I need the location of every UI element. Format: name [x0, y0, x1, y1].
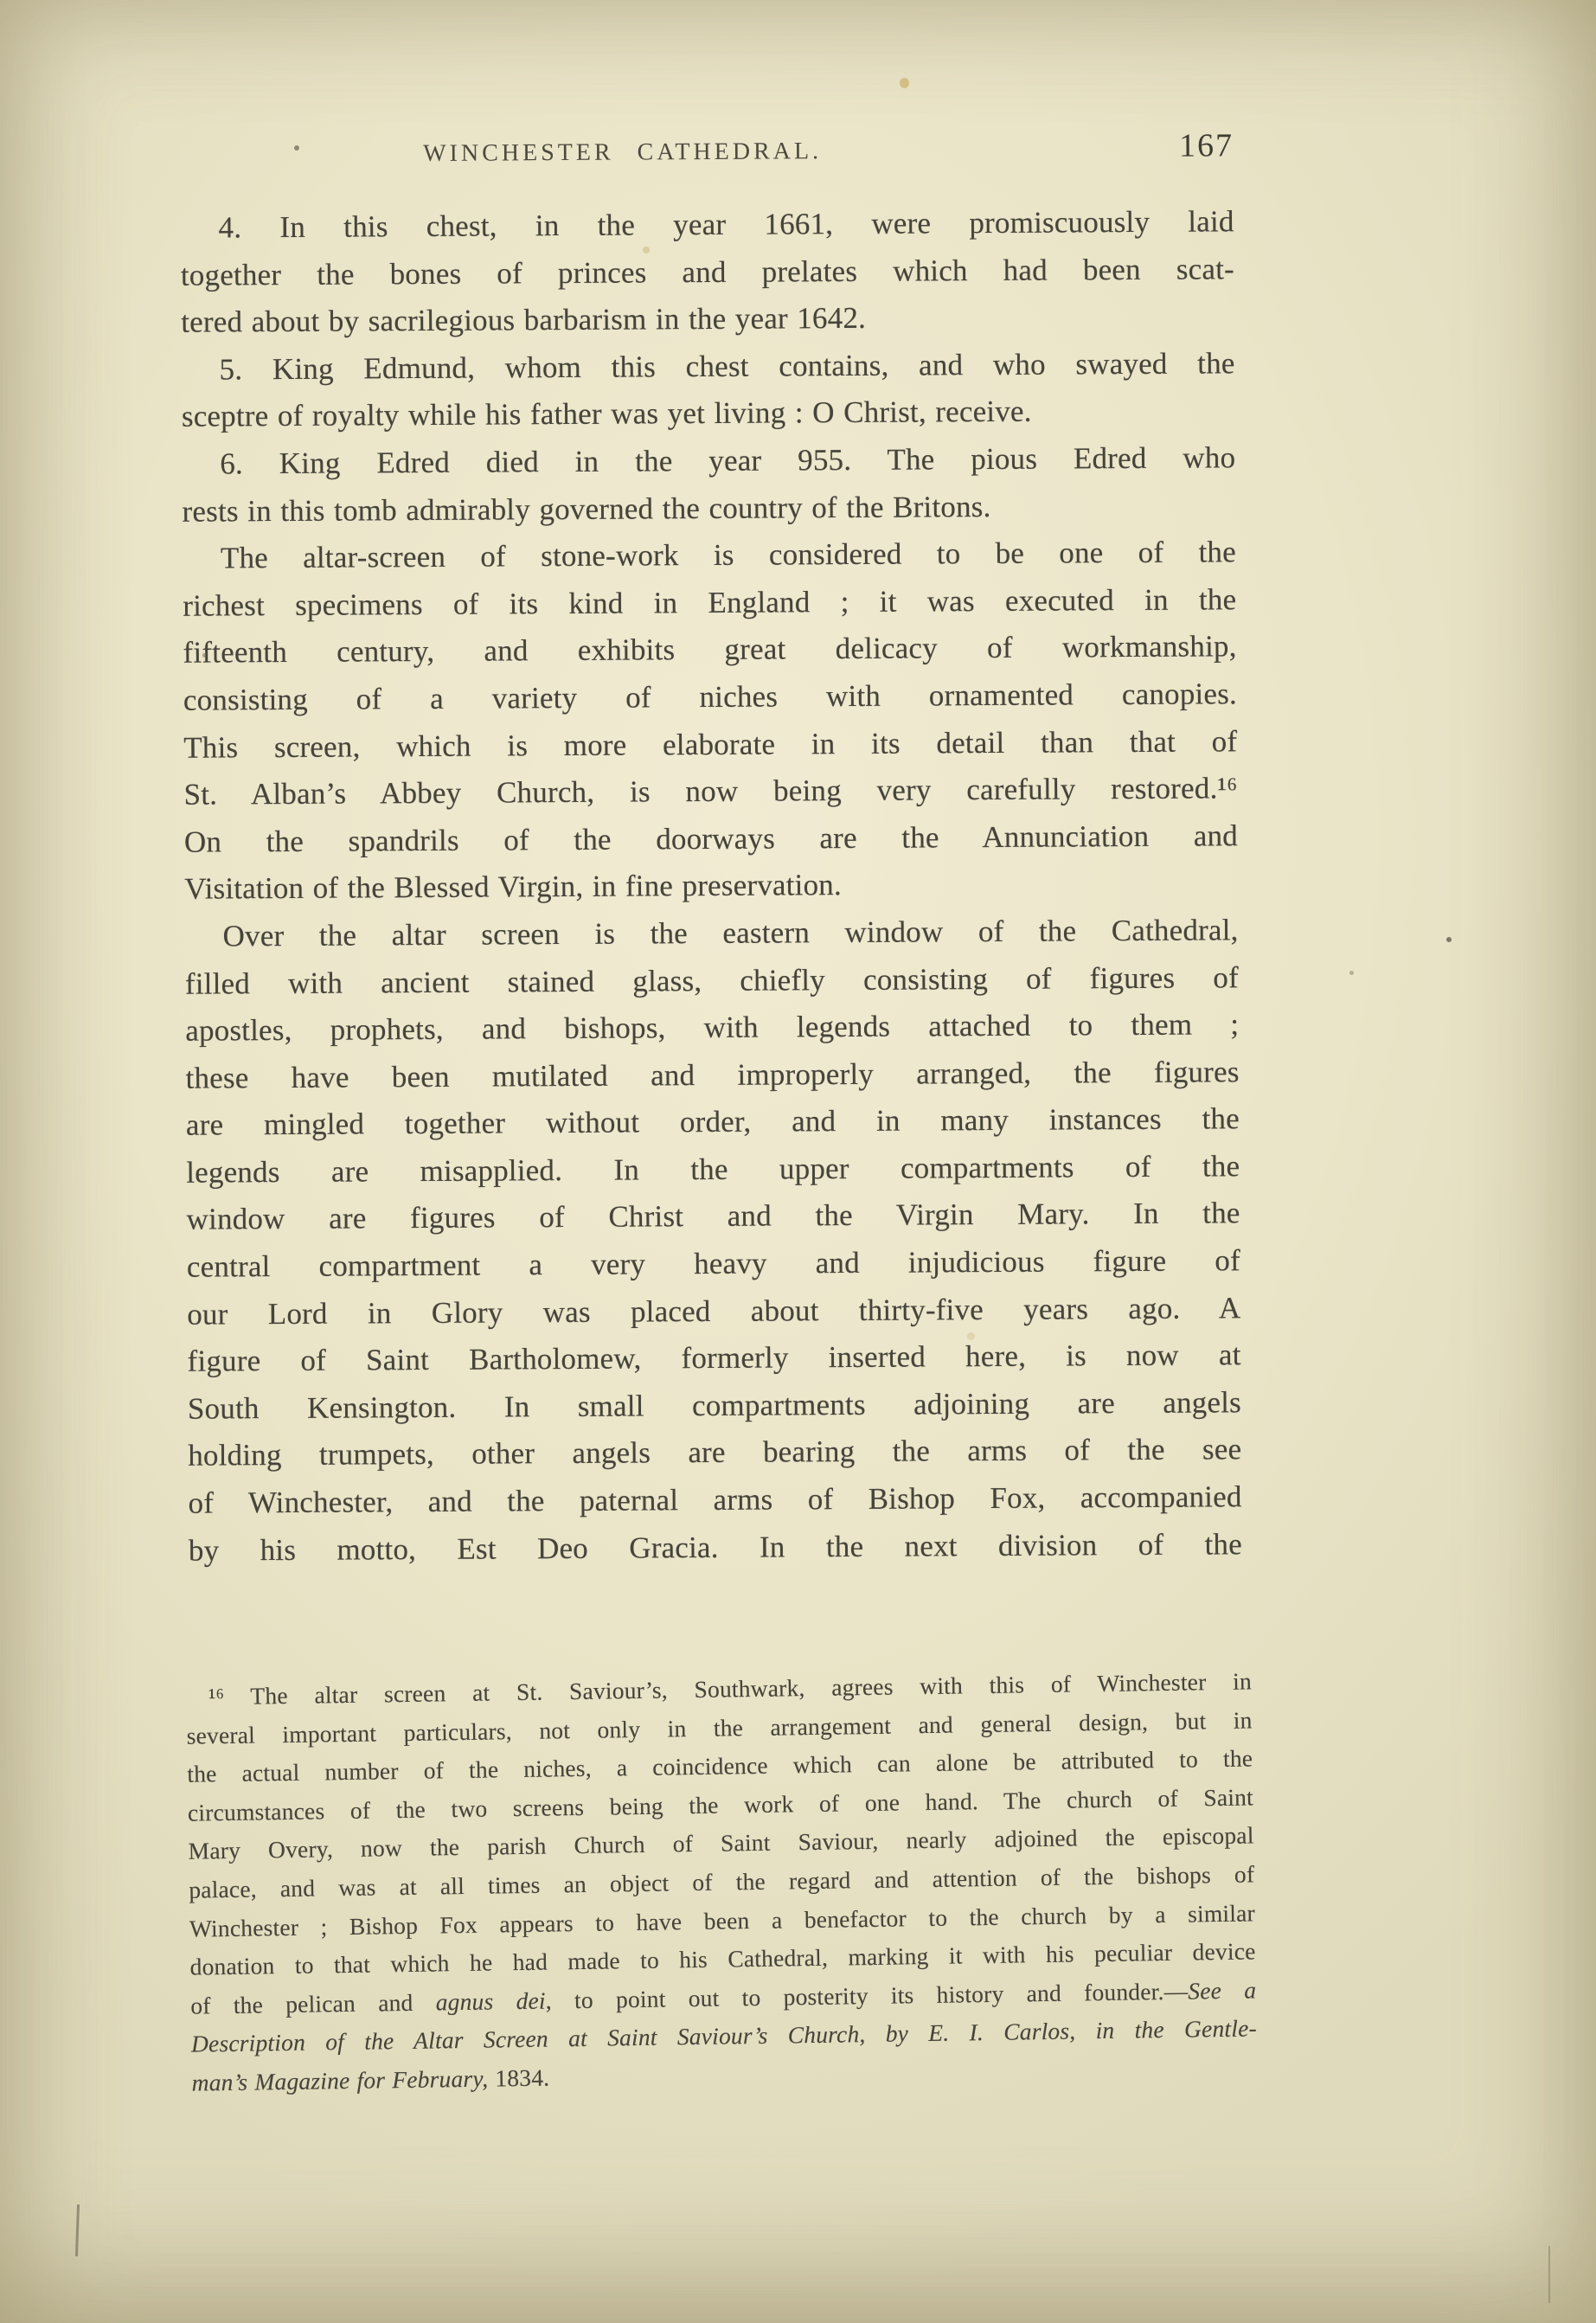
text-line-footnote-ref: St. Alban’s Abbey Church, is now being v… — [183, 765, 1237, 818]
text-line: apostles, prophets, and bishops, with le… — [185, 1001, 1239, 1055]
page-content: WINCHESTER CATHEDRAL. 167 4. In this che… — [179, 0, 1233, 3]
scan-mark — [1548, 2246, 1550, 2303]
text-line: richest specimens of its kind in England… — [183, 576, 1236, 630]
footnote-text-italic: See a — [1188, 1976, 1256, 2004]
text-line: holding trumpets, other angels are beari… — [188, 1427, 1241, 1480]
running-title: WINCHESTER CATHEDRAL. — [423, 138, 822, 168]
book-page: WINCHESTER CATHEDRAL. 167 4. In this che… — [0, 0, 1596, 2323]
text-line: fifteenth century, and exhibits great de… — [183, 624, 1236, 677]
paragraph-entry-6: 6. King Edred died in the year 955. The … — [182, 434, 1236, 536]
text-line: tered about by sacrilegious barbarism in… — [181, 292, 1234, 346]
text-line: The altar-screen of stone-work is consid… — [183, 529, 1236, 582]
text-line: rests in this tomb admirably governed th… — [182, 482, 1235, 536]
paragraph-entry-4: 4. In this chest, in the year 1661, were… — [180, 198, 1234, 346]
text-line: window are figures of Christ and the Vir… — [186, 1190, 1240, 1244]
text-line: consisting of a variety of niches with o… — [183, 671, 1237, 724]
text-line: 4. In this chest, in the year 1661, were… — [180, 198, 1234, 252]
text-line: sceptre of royalty while his father was … — [182, 388, 1235, 441]
scan-speck — [1446, 937, 1452, 942]
scan-mark — [75, 2204, 80, 2256]
footnote-text: of the pelican and — [190, 1988, 436, 2018]
scan-speck — [1349, 971, 1354, 975]
text-line: South Kensington. In small compartments … — [188, 1379, 1241, 1433]
text-line: are mingled together without order, and … — [186, 1096, 1240, 1150]
text-line: On the spandrils of the doorways are the… — [184, 812, 1238, 866]
page-header: WINCHESTER CATHEDRAL. 167 — [180, 126, 1234, 188]
paragraph-entry-5: 5. King Edmund, whom this chest contains… — [181, 340, 1235, 441]
text-line: together the bones of princes and prelat… — [181, 246, 1234, 299]
footnote-text: , to point out to posterity its history … — [546, 1977, 1189, 2013]
paragraph-east-window: Over the altar screen is the eastern win… — [184, 907, 1242, 1575]
text-line: our Lord in Glory was placed about thirt… — [187, 1285, 1240, 1338]
text-line: these have been mutilated and improperly… — [185, 1049, 1239, 1102]
footnote-text-italic: man’s Magazine for February, — [191, 2064, 495, 2095]
text-line: 6. King Edred died in the year 955. The … — [182, 434, 1235, 488]
text-line: filled with ancient stained glass, chief… — [185, 954, 1239, 1008]
text-line: central compartment a very heavy and inj… — [187, 1237, 1240, 1291]
text-line: legends are misapplied. In the upper com… — [186, 1143, 1240, 1197]
text-line: Over the altar screen is the eastern win… — [184, 907, 1238, 960]
body-text: 4. In this chest, in the year 1661, were… — [180, 198, 1242, 1575]
footnote-text-italic: agnus dei — [435, 1986, 546, 2015]
scan-speck — [900, 78, 909, 88]
footnote-16: ¹⁶ The altar screen at St. Saviour’s, So… — [186, 1662, 1258, 2102]
footnote-text: 1834. — [495, 2063, 549, 2091]
text-line: of Winchester, and the paternal arms of … — [188, 1473, 1241, 1527]
paragraph-altar-screen: The altar-screen of stone-work is consid… — [183, 529, 1239, 913]
text-line: This screen, which is more elaborate in … — [183, 718, 1237, 772]
page-number: 167 — [1179, 126, 1234, 164]
text-line: 5. King Edmund, whom this chest contains… — [181, 340, 1234, 394]
text-line: by his motto, Est Deo Gracia. In the nex… — [189, 1521, 1242, 1575]
text-line: Visitation of the Blessed Virgin, in fin… — [184, 860, 1238, 914]
text-line: figure of Saint Bartholomew, formerly in… — [187, 1332, 1240, 1386]
